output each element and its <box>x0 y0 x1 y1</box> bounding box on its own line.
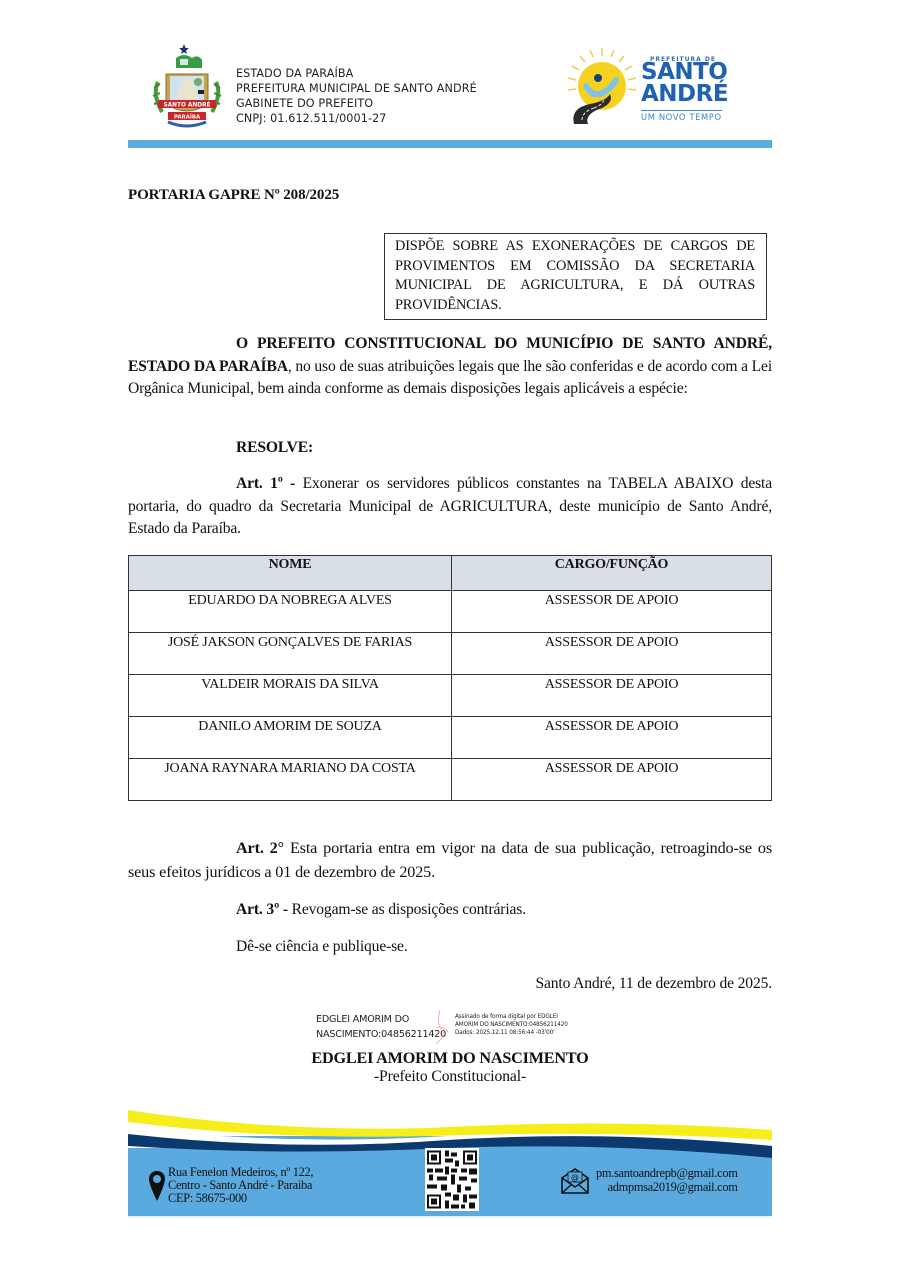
cell-role: ASSESSOR DE APOIO <box>452 675 772 717</box>
place-and-date: Santo André, 11 de dezembro de 2025. <box>128 973 772 996</box>
table-row: VALDEIR MORAIS DA SILVAASSESSOR DE APOIO <box>129 675 772 717</box>
closing-text: Dê-se ciência e publique-se. <box>236 936 408 959</box>
article-3-text: Revogam-se as disposições contrárias. <box>288 901 526 918</box>
table-row: JOANA RAYNARA MARIANO DA COSTAASSESSOR D… <box>129 759 772 801</box>
signature-mark-icon <box>426 1008 452 1046</box>
intro-paragraph: O PREFEITO CONSTITUCIONAL DO MUNICÍPIO D… <box>128 333 772 401</box>
column-header-role: CARGO/FUNÇÃO <box>452 556 772 591</box>
document-title: PORTARIA GAPRE Nº 208/2025 <box>128 187 339 204</box>
office-name: GABINETE DO PREFEITO <box>236 96 477 111</box>
ementa-box: DISPÕE SOBRE AS EXONERAÇÕES DE CARGOS DE… <box>384 233 767 320</box>
letterhead: SANTO ANDRÉ PARAÍBA ESTADO DA PARAÍBA PR… <box>128 40 772 140</box>
envelope-icon: @ <box>560 1168 590 1194</box>
qr-code-icon[interactable] <box>425 1148 479 1211</box>
email-primary[interactable]: pm.santoandrepb@gmail.com <box>596 1166 738 1180</box>
svg-text:@: @ <box>571 1173 579 1182</box>
cell-name: VALDEIR MORAIS DA SILVA <box>129 675 452 717</box>
city-hall-name: PREFEITURA MUNICIPAL DE SANTO ANDRÉ <box>236 81 477 96</box>
table-row: DANILO AMORIM DE SOUZAASSESSOR DE APOIO <box>129 717 772 759</box>
sun-road-icon <box>560 44 644 128</box>
letterhead-text: ESTADO DA PARAÍBA PREFEITURA MUNICIPAL D… <box>236 66 477 126</box>
signer-name: EDGLEI AMORIM DO NASCIMENTO <box>0 1049 900 1068</box>
article-1-text: Exonerar os servidores públicos constant… <box>128 475 772 537</box>
resolve-heading: RESOLVE: <box>236 437 313 460</box>
footer: Rua Fenelon Medeiros, nº 122, Centro - S… <box>128 1106 772 1218</box>
article-3-label: Art. 3º - <box>236 901 288 918</box>
article-2-label: Art. 2° <box>236 839 284 857</box>
article-2: Art. 2° Esta portaria entra em vigor na … <box>128 836 772 884</box>
coat-of-arms-icon: SANTO ANDRÉ PARAÍBA <box>148 42 226 128</box>
signature-metadata: Assinado de forma digital por EDGLEI AMO… <box>455 1013 568 1037</box>
servants-table: NOME CARGO/FUNÇÃO EDUARDO DA NOBREGA ALV… <box>128 555 772 801</box>
state-name: ESTADO DA PARAÍBA <box>236 66 477 81</box>
cell-role: ASSESSOR DE APOIO <box>452 759 772 801</box>
digital-signature[interactable]: EDGLEI AMORIM DO NASCIMENTO:04856211420 … <box>316 1012 616 1044</box>
cell-role: ASSESSOR DE APOIO <box>452 717 772 759</box>
address-line-3: CEP: 58675-000 <box>168 1192 313 1205</box>
table-header-row: NOME CARGO/FUNÇÃO <box>129 556 772 591</box>
svg-text:SANTO ANDRÉ: SANTO ANDRÉ <box>164 101 211 109</box>
cell-name: DANILO AMORIM DE SOUZA <box>129 717 452 759</box>
email-secondary[interactable]: admpmsa2019@gmail.com <box>596 1180 738 1194</box>
article-2-text: Esta portaria entra em vigor na data de … <box>128 839 772 881</box>
cell-role: ASSESSOR DE APOIO <box>452 633 772 675</box>
logo-tagline: UM NOVO TEMPO <box>641 110 722 122</box>
cell-name: EDUARDO DA NOBREGA ALVES <box>129 591 452 633</box>
cell-name: JOANA RAYNARA MARIANO DA COSTA <box>129 759 452 801</box>
cell-role: ASSESSOR DE APOIO <box>452 591 772 633</box>
cell-name: JOSÉ JAKSON GONÇALVES DE FARIAS <box>129 633 452 675</box>
logo-line1: SANTO <box>641 61 727 83</box>
header-divider <box>128 140 772 148</box>
table-row: JOSÉ JAKSON GONÇALVES DE FARIASASSESSOR … <box>129 633 772 675</box>
article-3: Art. 3º - Revogam-se as disposições cont… <box>236 899 526 922</box>
svg-text:PARAÍBA: PARAÍBA <box>174 112 201 120</box>
article-1: Art. 1º - Exonerar os servidores público… <box>128 473 772 541</box>
column-header-name: NOME <box>129 556 452 591</box>
article-1-label: Art. 1º - <box>236 475 295 492</box>
cnpj: CNPJ: 01.612.511/0001-27 <box>236 111 477 126</box>
signer-role: -Prefeito Constitucional- <box>0 1068 900 1086</box>
table-row: EDUARDO DA NOBREGA ALVESASSESSOR DE APOI… <box>129 591 772 633</box>
map-pin-icon <box>148 1170 166 1202</box>
logo-line2: ANDRÉ <box>641 83 728 105</box>
santo-andre-logo: PREFEITURA DE SANTO ANDRÉ UM NOVO TEMPO <box>560 44 740 128</box>
